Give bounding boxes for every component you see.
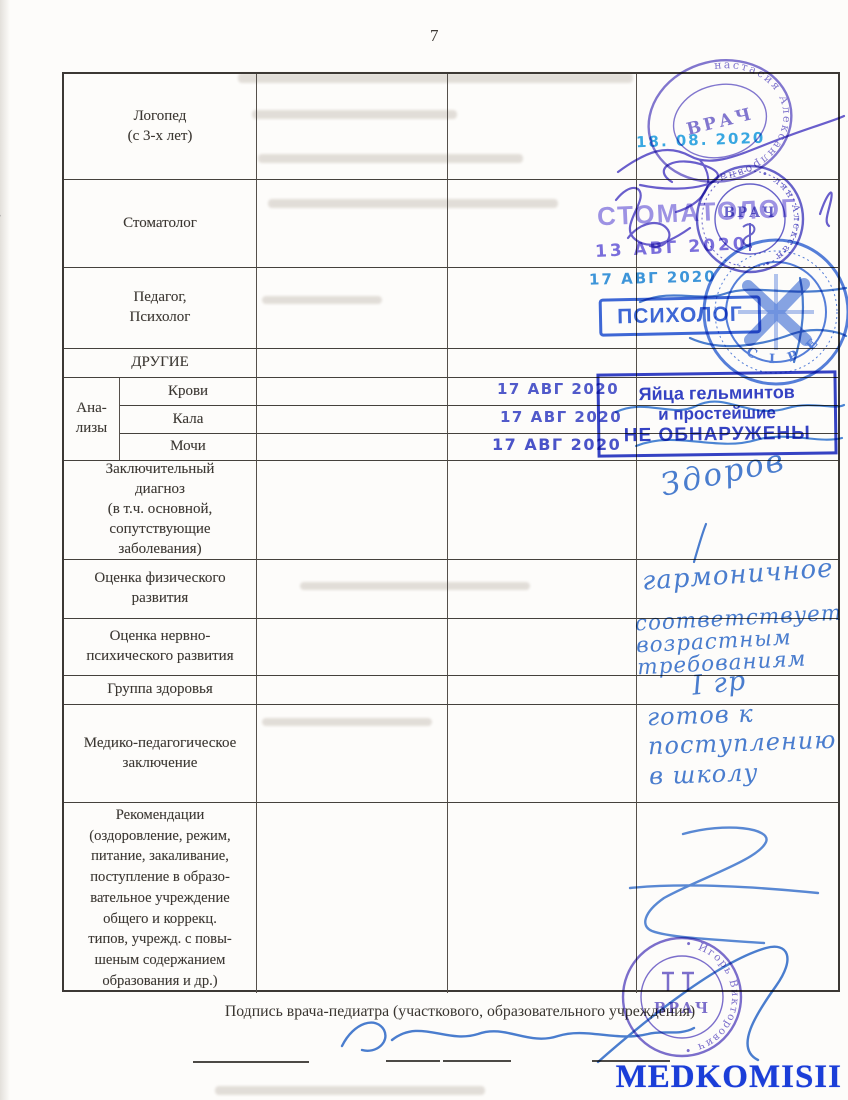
table-cell-empty <box>257 434 448 461</box>
table-cell-empty <box>257 349 448 378</box>
table-cell-empty <box>257 803 448 993</box>
page-number: 7 <box>430 26 439 46</box>
table-cell-empty <box>257 705 448 803</box>
table-cell-empty <box>257 268 448 349</box>
sub-label-kala: Кала <box>120 406 257 434</box>
blue-round-emblem-stamp: С І Р Е <box>700 236 848 388</box>
row-label-neuro-development: Оценка нервно- психического развития <box>64 619 257 676</box>
signature-line <box>193 1061 309 1063</box>
bottom-vrach-stamp: • Игорь Викторович • ВРАЧ <box>618 933 746 1061</box>
scan-edge-artifact <box>0 209 16 285</box>
row-label-medical-pedagogical: Медико-педагогическое заключение <box>64 705 257 803</box>
bottom-stamp-ring-text: • Игорь Викторович • <box>683 938 741 1056</box>
table-cell-empty <box>257 74 448 180</box>
handwriting-conclusion: готов к поступлению в школу <box>647 697 838 791</box>
row-label-drugie: ДРУГИЕ <box>64 349 257 378</box>
row-label-physical-development: Оценка физического развития <box>64 560 257 619</box>
handwriting-health-group: I гр <box>690 665 747 702</box>
scanned-medical-form-page: 7 Логопед (с 3-х лет) Стоматолог Педагог… <box>0 0 848 1100</box>
table-cell-empty <box>448 619 637 676</box>
table-cell-empty <box>257 461 448 560</box>
table-cell-empty <box>257 619 448 676</box>
table-cell-empty <box>257 406 448 434</box>
row-label-health-group: Группа здоровья <box>64 676 257 705</box>
signature-line <box>386 1060 440 1062</box>
scan-edge-artifact <box>0 579 12 658</box>
table-cell-empty <box>448 461 637 560</box>
table-cell-empty <box>448 676 637 705</box>
signature-line <box>443 1060 511 1062</box>
row-label-stomatolog: Стоматолог <box>64 180 257 268</box>
bottom-stamp-center-text: ВРАЧ <box>654 1000 710 1017</box>
table-cell-empty <box>257 560 448 619</box>
table-cell-empty <box>448 74 637 180</box>
row-label-final-diagnosis: Заключительный диагноз (в т.ч. основной,… <box>64 461 257 560</box>
sub-label-mochi: Мочи <box>120 434 257 461</box>
table-cell-empty <box>257 676 448 705</box>
table-cell-empty <box>257 378 448 406</box>
table-cell-empty <box>257 180 448 268</box>
row-label-logoped: Логопед (с 3-х лет) <box>64 74 257 180</box>
group-label-analyses: Ана- лизы <box>64 378 120 461</box>
table-cell-empty <box>448 803 637 993</box>
medkomisii-watermark: MEDKOMISII <box>552 1059 842 1096</box>
helminth-line2: и простейшие <box>658 403 776 425</box>
stamp-mark-icon <box>662 973 694 991</box>
row-label-recommendations: Рекомендации (оздоровление, режим, питан… <box>64 803 257 993</box>
sub-label-krovi: Крови <box>120 378 257 406</box>
signature-stroke <box>342 1023 385 1051</box>
round-stamp-center-text: ВРАЧ <box>724 205 777 221</box>
oval-stamp-center-text: ВРАЧ <box>685 104 756 140</box>
row-label-pedagog-psiholog: Педагог, Психолог <box>64 268 257 349</box>
table-cell-empty <box>448 560 637 619</box>
helminth-line3: НЕ ОБНАРУЖЕНЫ <box>624 422 811 447</box>
bleed-through-artifact <box>215 1086 485 1095</box>
table-cell-empty <box>448 705 637 803</box>
